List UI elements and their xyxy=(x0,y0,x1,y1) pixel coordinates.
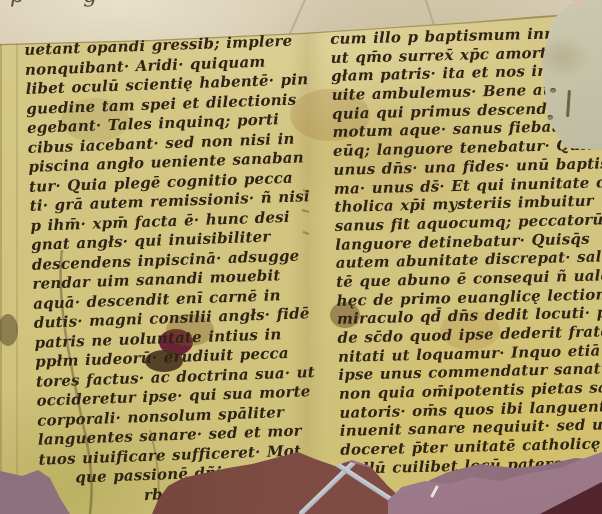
top-edge-letter-fragments: p g xyxy=(10,0,123,8)
left-text-column: uetant opandi gressib; implerenonquibant… xyxy=(24,31,330,509)
manuscript-fragment: uetant opandi gressib; implerenonquibant… xyxy=(0,0,602,514)
wormhole xyxy=(550,88,556,93)
pen-stroke-mark xyxy=(566,90,571,117)
manuscript-photo: p g uetant opandi gressib; implerenonqui… xyxy=(0,0,602,514)
